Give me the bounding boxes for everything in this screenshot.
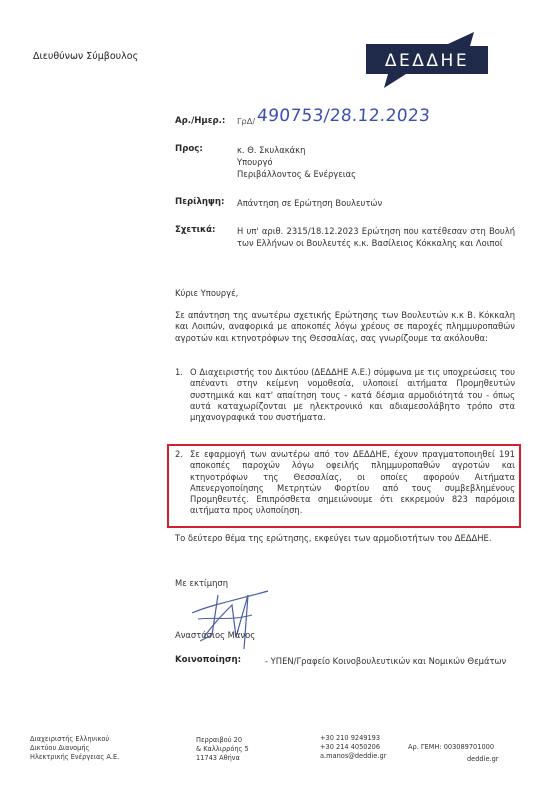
related-value: Η υπ' αριθ. 2315/18.12.2023 Ερώτηση που … (237, 225, 515, 249)
summary-label: Περίληψη: (175, 197, 224, 207)
closing-paragraph: Το δεύτερο θέμα της ερώτησης, εκφεύγει τ… (175, 533, 515, 544)
summary-value: Απάντηση σε Ερώτηση Βουλευτών (237, 197, 382, 209)
logo-banner-icon: ΔΕΔΔΗΕ (362, 26, 492, 92)
footer-company: Διαχειριστής Ελληνικού Δικτύου Διανομής … (30, 735, 119, 761)
recipient-ministry: Περιβάλλοντος & Ενέργειας (237, 168, 356, 180)
footer-email: a.manos@deddie.gr (320, 752, 386, 761)
list-item-number: 2. (175, 449, 183, 460)
svg-text:ΔΕΔΔΗΕ: ΔΕΔΔΗΕ (385, 51, 469, 71)
footer-address-line: Περραιβού 20 (196, 736, 249, 745)
reference-label: Αρ./Ημερ.: (175, 116, 225, 126)
footer-address-line: & Καλλιρρόης 5 (196, 745, 249, 754)
footer-company-line: Διαχειριστής Ελληνικού (30, 735, 119, 744)
list-item-highlighted: 2. Σε εφαρμογή των ανωτέρω από τον ΔΕΔΔΗ… (175, 449, 515, 517)
intro-paragraph: Σε απάντηση της ανωτέρω σχετικής Ερώτηση… (175, 310, 515, 344)
cc-label: Κοινοποίηση: (175, 655, 241, 665)
list-item-text: Ο Διαχειριστής του Δικτύου (ΔΕΔΔΗΕ Α.Ε.)… (190, 367, 515, 423)
reference-handwritten-number: 490753/28.12.2023 (256, 106, 430, 126)
deddie-logo: ΔΕΔΔΗΕ (362, 26, 492, 92)
footer-gemi: Αρ. ΓΕΜΗ: 003089701000 (408, 743, 494, 752)
list-item-text: Σε εφαρμογή των ανωτέρω από τον ΔΕΔΔΗΕ, … (190, 449, 515, 517)
signature-icon (190, 575, 280, 655)
list-item-number: 1. (175, 367, 183, 378)
related-label: Σχετικά: (175, 225, 215, 235)
recipient-block: κ. Θ. Σκυλακάκη Υπουργό Περιβάλλοντος & … (237, 144, 356, 180)
footer-address: Περραιβού 20 & Καλλιρρόης 5 11743 Αθήνα (196, 736, 249, 762)
list-item: 1. Ο Διαχειριστής του Δικτύου (ΔΕΔΔΗΕ Α.… (175, 367, 515, 423)
salutation: Κύριε Υπουργέ, (175, 288, 238, 299)
recipient-role: Υπουργό (237, 156, 356, 168)
recipient-name: κ. Θ. Σκυλακάκη (237, 144, 356, 156)
cc-value: - ΥΠΕΝ/Γραφείο Κοινοβουλευτικών και Νομι… (265, 655, 515, 667)
footer-company-line: Δικτύου Διανομής (30, 744, 119, 753)
footer-website: deddie.gr (467, 755, 499, 764)
reference-prefix: ΓρΔ/ (237, 116, 255, 126)
recipient-label: Προς: (175, 144, 203, 154)
footer-company-line: Ηλεκτρικής Ενέργειας Α.Ε. (30, 753, 119, 762)
footer-contact: +30 210 9249193 +30 214 4050206 a.manos@… (320, 734, 386, 760)
footer-phone: +30 214 4050206 (320, 743, 386, 752)
footer-address-line: 11743 Αθήνα (196, 754, 249, 763)
footer-phone: +30 210 9249193 (320, 734, 386, 743)
signer-name: Αναστάσιος Μάνος (175, 630, 255, 640)
position-title: Διευθύνων Σύμβουλος (33, 51, 138, 62)
